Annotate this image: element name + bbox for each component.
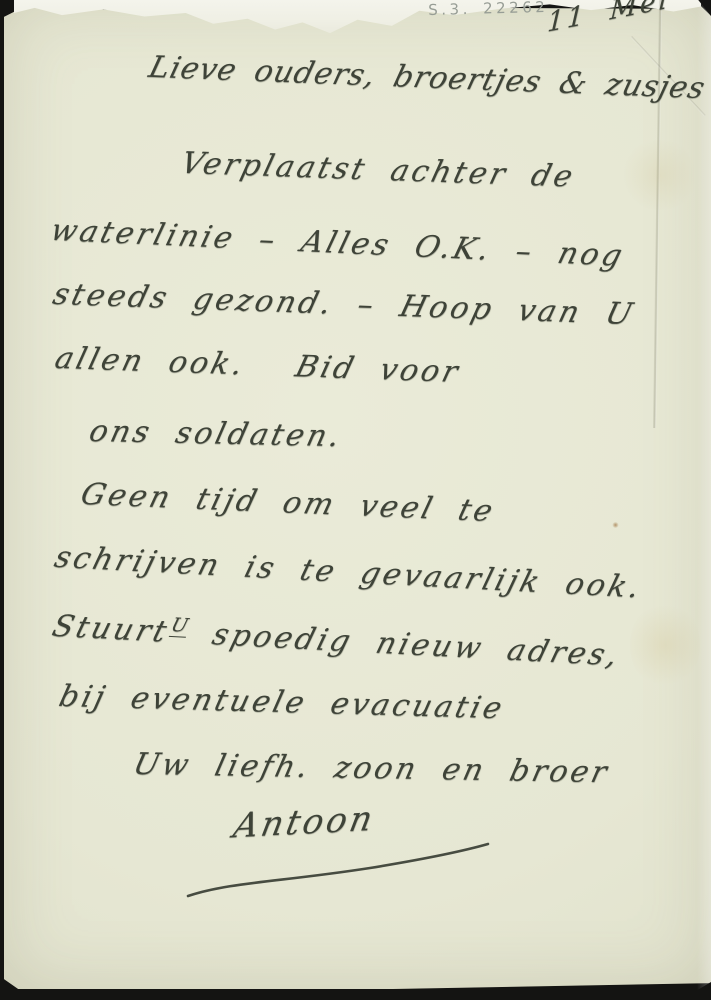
scanned-letter: S.3. 22262 11 Mei Lieve ouders, broertje… [0, 0, 711, 1000]
stain-patch [630, 600, 700, 690]
body-line: ons soldaten. [86, 414, 346, 454]
archive-number: S.3. 22262 [428, 0, 549, 19]
stain-patch [620, 140, 700, 210]
inserted-line-pre: Stuurt [48, 609, 173, 650]
signature-flourish [170, 830, 510, 905]
corner-shadow-bottom-right [681, 982, 711, 1000]
right-edge-fold-highlight [697, 0, 711, 1000]
stain-spot [612, 522, 619, 528]
